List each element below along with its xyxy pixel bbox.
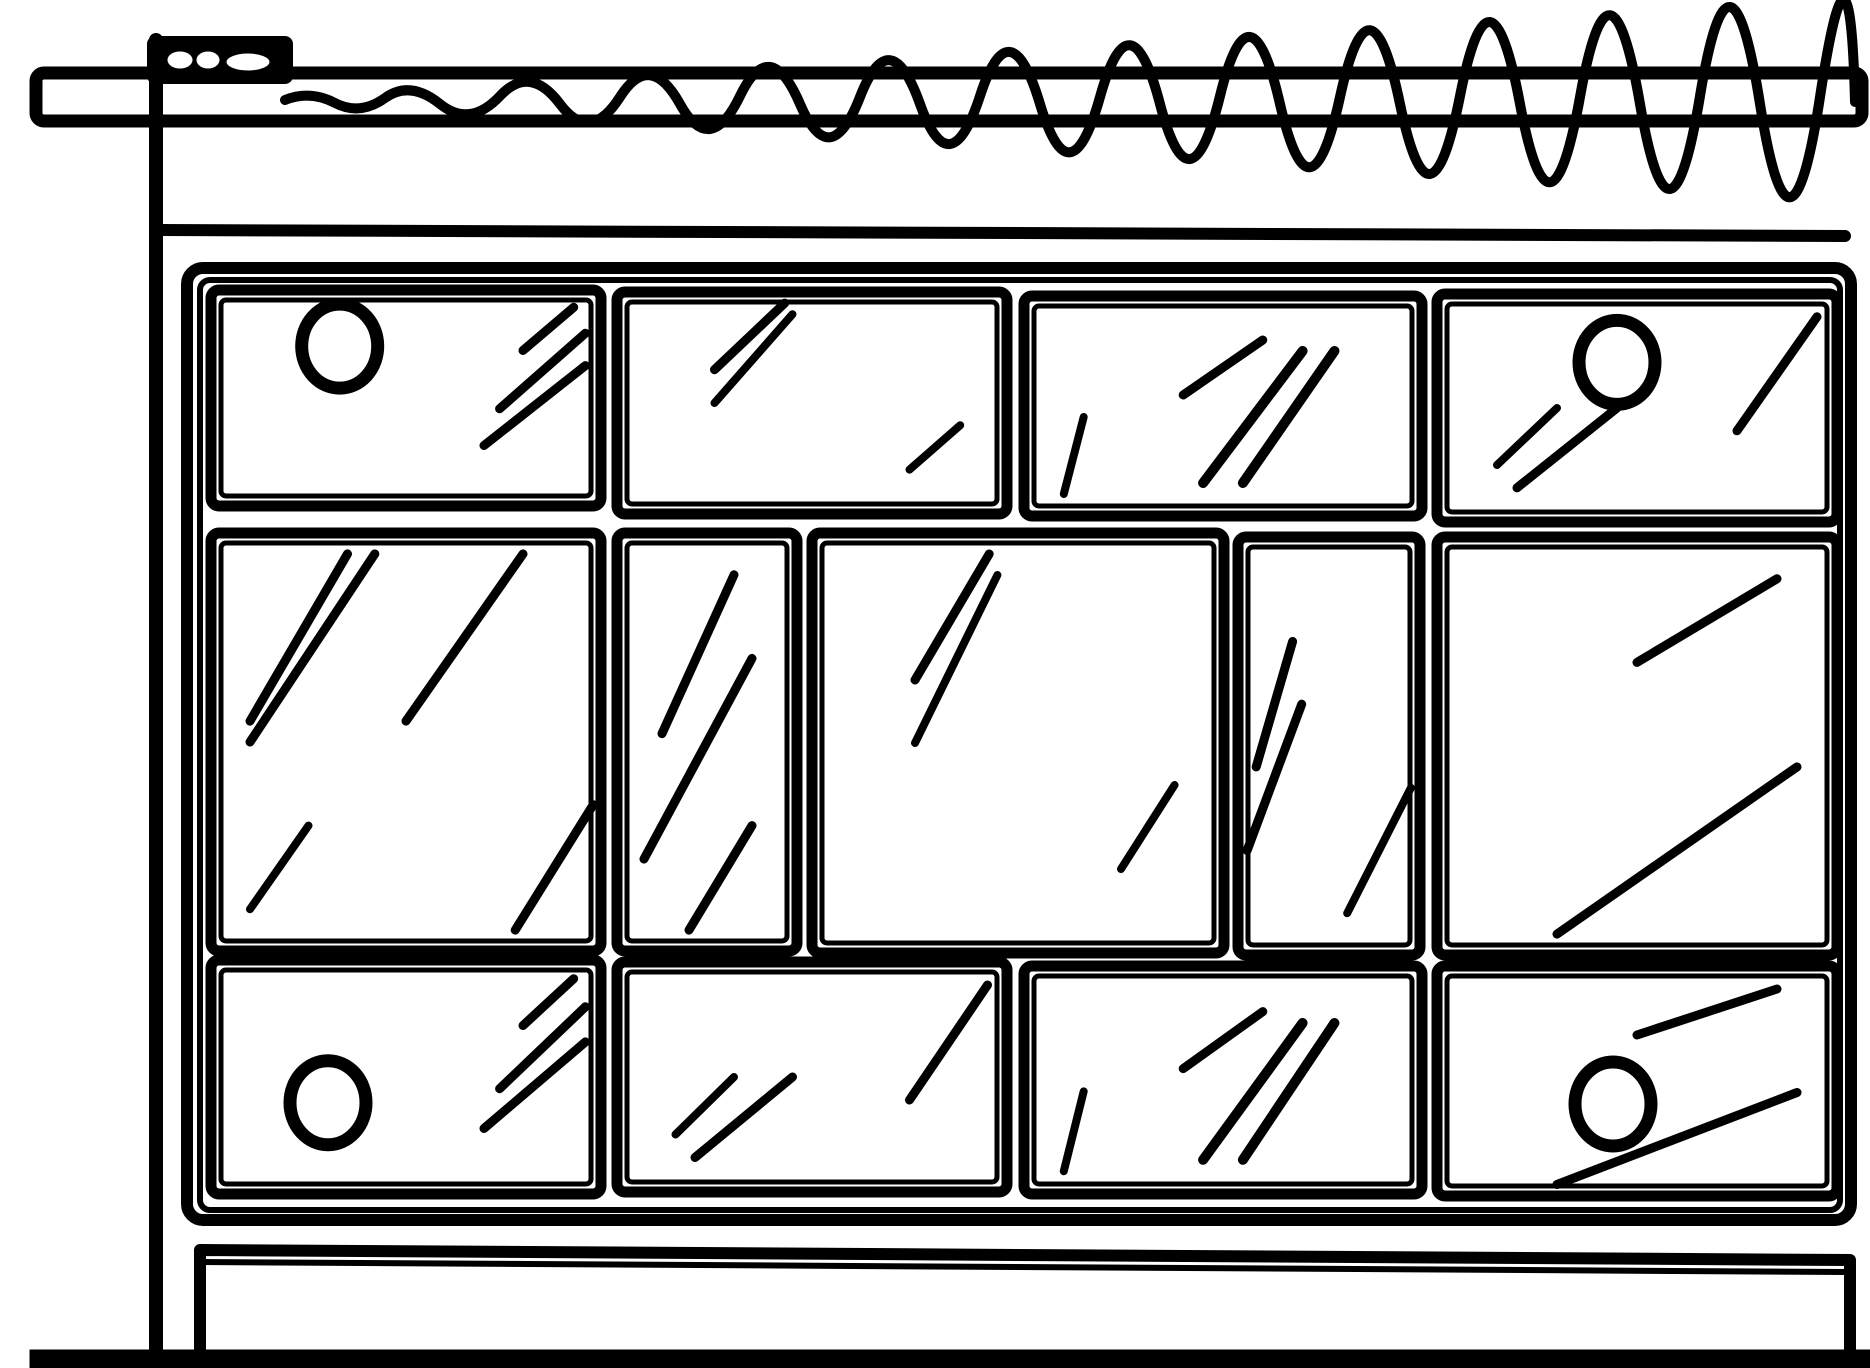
glass-partition-drawing xyxy=(0,0,1870,1368)
glass-pane xyxy=(1024,966,1422,1194)
reflection-glint xyxy=(250,826,309,910)
reflection-glint xyxy=(1121,785,1175,869)
glass-pane-edge xyxy=(221,300,591,496)
reflection-glint xyxy=(1517,408,1617,488)
reflection-glint xyxy=(250,554,348,721)
reflection-glint xyxy=(644,658,752,859)
glass-pane-edge xyxy=(1034,306,1412,506)
reflection-glint xyxy=(406,554,523,721)
glass-pane xyxy=(1437,537,1837,955)
lower-rail xyxy=(160,230,1845,236)
glass-pane-edge xyxy=(1034,976,1412,1184)
glass-pane-edge xyxy=(1447,304,1827,512)
glass-pane-edge xyxy=(1447,547,1827,945)
reflection-glint xyxy=(689,826,752,931)
mounting-hole-icon xyxy=(290,1061,366,1145)
mounting-hole-icon xyxy=(1575,1062,1651,1146)
post-cap-slot xyxy=(196,51,220,69)
reflection-glint xyxy=(1183,340,1263,395)
reflection-glint xyxy=(515,805,593,930)
mounting-hole-icon xyxy=(302,304,378,388)
reflection-glint xyxy=(1347,788,1411,913)
reflection-glint xyxy=(1557,767,1797,934)
reflection-glint xyxy=(523,307,574,350)
glass-pane-edge xyxy=(822,543,1214,943)
reflection-glint xyxy=(1637,579,1777,663)
glass-pane-edge xyxy=(221,970,591,1184)
floor-line xyxy=(30,1350,1870,1368)
reflection-glint xyxy=(250,554,375,742)
reflection-glint xyxy=(523,979,574,1026)
reflection-glint xyxy=(1247,704,1302,850)
reflection-glint xyxy=(1064,417,1084,494)
glass-pane xyxy=(1024,296,1422,516)
glass-pane xyxy=(617,292,1007,514)
glass-pane-edge xyxy=(627,302,997,504)
reflection-glint xyxy=(676,1077,735,1135)
glass-pane-edge xyxy=(221,543,591,941)
glass-pane-edge xyxy=(1248,547,1410,945)
reflection-glint xyxy=(910,425,961,469)
reflection-glint xyxy=(1183,1012,1263,1069)
glass-pane xyxy=(1437,966,1837,1196)
glass-pane xyxy=(617,962,1007,1192)
reflection-glint xyxy=(1497,408,1557,465)
reflection-glint xyxy=(910,985,988,1100)
glass-pane-edge xyxy=(627,972,997,1182)
reflection-glint xyxy=(1064,1091,1084,1171)
reflection-glint xyxy=(695,1077,793,1158)
reflection-glint xyxy=(1737,317,1817,431)
post-cap-slot xyxy=(167,51,193,69)
glass-pane xyxy=(812,533,1224,953)
reflection-glint xyxy=(1637,989,1777,1035)
rail-texture xyxy=(285,0,1855,197)
post-cap-slot xyxy=(226,53,270,71)
mounting-hole-icon xyxy=(1579,320,1655,404)
